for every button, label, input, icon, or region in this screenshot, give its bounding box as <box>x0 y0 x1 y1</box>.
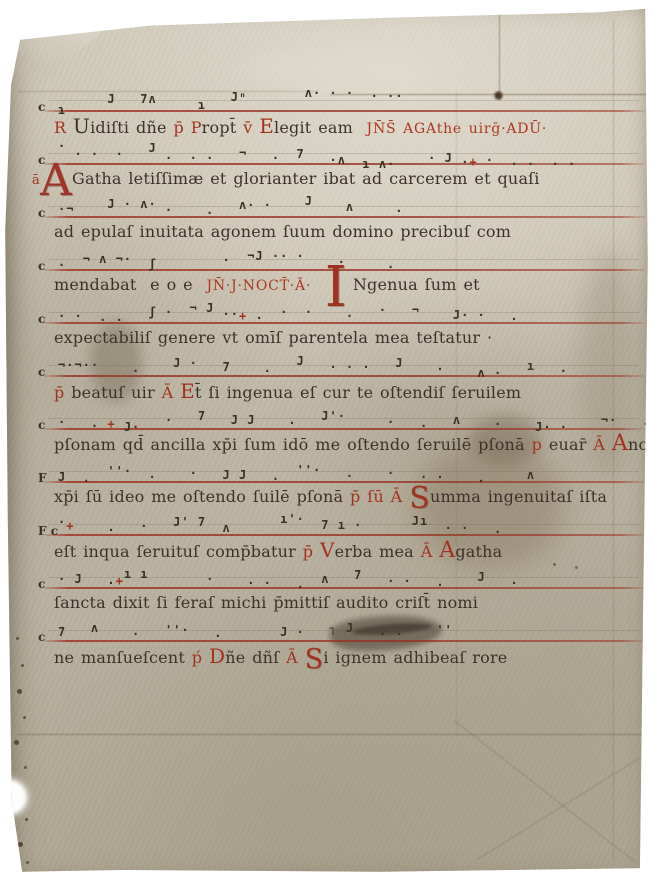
chant-text-segment: p̄ <box>173 118 190 137</box>
neume-group: ¬·¬·· <box>58 358 99 372</box>
system-row: c· · · · J · · · ¬ · 7 ·ʌ ɿ ʌ· · J ·+ · … <box>54 139 629 192</box>
neume-group: ʌ <box>486 468 535 482</box>
neume-group: · <box>346 415 395 429</box>
chant-text-segment: p̄ <box>303 542 320 561</box>
neume-group: 7 <box>280 147 305 161</box>
chant-text-segment: ncilla <box>628 435 651 454</box>
neume-group: · <box>346 260 395 274</box>
staff: c· · + J· · 7 J J · J'· · · ʌ · J· · ¬· … <box>54 404 629 433</box>
neume-group: · <box>99 364 140 378</box>
neume-row: · · · · ʃ · ¬ J ··+ · · · · · ¬ J· · · <box>58 311 629 325</box>
neume-group: · <box>66 419 99 433</box>
chant-text-segment: ropt̄ <box>202 118 244 137</box>
neume-group: · <box>157 466 198 480</box>
neume-group: J <box>124 141 157 155</box>
manuscript-page: cɿ J 7ʌ ɿ Jⁿ ʌ· · · · ··R Uidiſti dñe p̄… <box>0 0 651 885</box>
staff: c·¬ J · ʌ· · · ʌ· · J ʌ · <box>54 192 629 221</box>
neume-group: · <box>173 206 214 220</box>
chant-text-line: ad epulaſ inuitata agonem ſuum domino pr… <box>54 221 629 245</box>
neume-group: · <box>453 155 469 169</box>
staff: c· · · · J · · · ¬ · 7 ·ʌ ɿ ʌ· · J ·+ · … <box>54 139 629 168</box>
neume-row: · · · · J · · · ¬ · 7 ·ʌ ɿ ʌ· · J ·+ · ·… <box>58 152 629 166</box>
neume-group: ʌ· · <box>214 198 272 212</box>
chant-text-segment: ñe dñſ <box>225 648 286 667</box>
neume-group: ɿ <box>157 98 206 112</box>
rubric-text: JN̄S̄ AGAthe uirḡ·ADŪ· <box>360 121 547 137</box>
neume-group: · <box>157 253 231 267</box>
system-row: cɿ J 7ʌ ɿ Jⁿ ʌ· · · · ··R Uidiſti dñe p̄… <box>54 86 629 139</box>
rubric-text: JN̄·J·NOCT̄·Ā· <box>206 278 324 294</box>
red-cross-mark: + <box>66 519 74 533</box>
chant-text-segment: ne manſueſcent <box>54 648 192 667</box>
system-row: c7 ʌ · ''· · J · ┐ J · · ''ne manſueſcen… <box>54 616 629 669</box>
chant-text-segment: gatha <box>455 542 502 561</box>
chant-text-segment: ad epulaſ inuitata agonem ſuum domino pr… <box>54 222 511 241</box>
wormholes <box>0 0 3 3</box>
chant-text-segment: Ā <box>593 435 612 454</box>
neume-group: · <box>535 364 568 378</box>
neume-group: 7 <box>198 360 231 374</box>
red-cross-mark: + <box>116 574 124 588</box>
neume-group: 7 <box>58 625 66 639</box>
staff: c7 ʌ · ''· · J · ┐ J · · '' <box>54 616 629 645</box>
staff: c· · · · ʃ · ¬ J ··+ · · · · · ¬ J· · · <box>54 298 629 327</box>
neume-group: ʌ · <box>445 366 503 380</box>
neume-group: ʌ <box>428 413 461 427</box>
neume-group: · <box>486 312 519 326</box>
neume-group: · <box>255 416 296 430</box>
neume-group: · <box>58 139 66 153</box>
system-row: F c·+ · · J' 7 ʌ ı'· 7 ı · Jı · · ·eſt i… <box>54 510 629 563</box>
clef-letter: c <box>38 365 45 379</box>
neume-group: J <box>371 356 404 370</box>
neume-group: · <box>617 417 650 431</box>
chant-text-segment: A <box>439 538 455 563</box>
chant-text-line: R Uidiſti dñe p̄ Propt̄ v̄ Elegit eam JN… <box>54 115 629 139</box>
neume-row: ·+ · · J' 7 ʌ ı'· 7 ı · Jı · · · <box>58 523 629 537</box>
neume-group: ¬ ʌ ¬· <box>66 252 132 266</box>
chant-text-segment: ſancta dixit ſi feraſ michi p̄mittiſ aud… <box>54 593 478 612</box>
neume-row: · J ·+ı ı · · · · ʌ 7 · · · J · <box>58 576 629 590</box>
neume-row: ¬·¬·· · J · 7 · J · · · J · ʌ · ı · <box>58 364 629 378</box>
red-cross-mark: + <box>469 155 477 169</box>
neume-group: 7 <box>173 409 206 423</box>
neume-group: · <box>157 203 173 217</box>
chant-text-line: xp̄i ſū ideo me oſtendo ſuilē pſonā p̄ ſ… <box>54 486 629 510</box>
neume-group: · · <box>58 309 83 323</box>
neume-row: J · ''· · · J J · ''· · · · · · ʌ <box>58 470 629 484</box>
chant-text-segment: t̄ ſi ingenua eſ cur te oſtendiſ ſeruile… <box>195 383 521 402</box>
neume-group: · <box>140 413 173 427</box>
chant-text-segment: expectabiliſ genere vt omīſ parentela me… <box>54 328 492 347</box>
neume-group: ¬ <box>214 146 247 160</box>
neume-row: ·¬ J · ʌ· · · ʌ· · J ʌ · <box>58 205 629 219</box>
chant-text-segment: umma ingenuitaſ iſta <box>430 487 607 506</box>
chant-text-line: mendabat e o e JN̄·J·NOCT̄·Ā· INgenua ſu… <box>54 274 629 298</box>
neume-group: · J <box>395 151 453 165</box>
chant-text-line: p̄ beatuſ uir Ā Et̄ ſi ingenua eſ cur te… <box>54 380 629 404</box>
clef-letter: F <box>38 471 47 485</box>
neume-group: · <box>74 523 115 537</box>
neume-group: ı <box>502 359 535 373</box>
chant-text-segment: xp̄i ſū ideo me oſtendo ſuilē pſonā <box>54 487 350 506</box>
neume-group: · <box>395 419 428 433</box>
chant-text-segment: Ngenua ſum et <box>353 275 480 294</box>
neume-group: J · ʌ· <box>74 197 156 211</box>
chant-text-segment: D <box>209 644 225 668</box>
neume-group: · <box>149 572 215 586</box>
system-row: c·¬ J · ʌ· · · ʌ· · J ʌ ·ad epulaſ inuit… <box>54 192 629 245</box>
neume-group: · <box>132 470 157 484</box>
neume-group: ¬ J <box>173 301 214 315</box>
neume-group: · <box>461 417 502 431</box>
chant-text-segment: i ignem adhibeaſ rore <box>323 648 507 667</box>
neume-group: · · <box>354 627 403 641</box>
neume-group: · J <box>58 572 83 586</box>
neume-group: · <box>231 364 272 378</box>
neume-group: · <box>354 204 403 218</box>
neume-group: J· <box>116 420 141 434</box>
neume-row: ɿ J 7ʌ ɿ Jⁿ ʌ· · · · ·· <box>58 99 629 113</box>
neume-group: 7 <box>329 568 362 582</box>
staff: cɿ J 7ʌ ɿ Jⁿ ʌ· · · · ·· <box>54 86 629 115</box>
staff: F c·+ · · J' 7 ʌ ı'· 7 ı · Jı · · · <box>54 510 629 539</box>
neume-group: ¬· <box>568 413 617 427</box>
neume-group: ʌ <box>66 621 99 635</box>
neume-group: ı'· <box>231 512 305 526</box>
neume-group: J <box>58 470 66 484</box>
neume-group: J' 7 <box>149 515 207 529</box>
system-row: c¬·¬·· · J · 7 · J · · · J · ʌ · ı ·p̄ b… <box>54 351 629 404</box>
neume-group: · · · <box>305 360 371 374</box>
red-cross-mark: + <box>239 309 247 323</box>
system-row: FJ · ''· · · J J · ''· · · · · · ʌxp̄i ſ… <box>54 457 629 510</box>
chant-text-line: pſonam qd̄ ancilla xp̄i ſum idō me oſten… <box>54 433 629 457</box>
crease-bottom-horizontal <box>18 733 645 736</box>
neume-group: · <box>313 309 354 323</box>
neume-group: ¬J ·· · <box>231 249 305 263</box>
chant-text-segment: v̄ <box>243 118 259 137</box>
chant-text-segment: Gatha letiſſimæ et glorianter ibat ad ca… <box>72 169 540 188</box>
neume-group: ''· <box>140 623 189 637</box>
neume-group: ʃ · <box>124 305 173 319</box>
neume-group: J J <box>206 413 255 427</box>
neume-group: · · <box>83 313 124 327</box>
text-block: cɿ J 7ʌ ɿ Jⁿ ʌ· · · · ··R Uidiſti dñe p̄… <box>54 86 629 669</box>
neume-group: · ¬ <box>354 303 420 317</box>
neume-group: · · <box>264 305 313 319</box>
neume-group: J J <box>198 468 247 482</box>
chant-text-segment: R <box>54 118 73 137</box>
neume-group: Jı <box>362 514 428 528</box>
neume-group: J· · <box>420 308 486 322</box>
neume-group: · <box>58 258 66 272</box>
white-tab <box>0 776 30 819</box>
chant-text-segment: E <box>259 114 274 138</box>
chant-text-segment: beatuſ uir <box>71 383 161 402</box>
neume-group: · · · <box>157 151 215 165</box>
chant-text-segment: p̄ ſū <box>350 487 391 506</box>
neume-group: · · <box>428 521 469 535</box>
chant-text-segment: idiſti dñe <box>90 118 173 137</box>
neume-group: ·ʌ <box>305 153 346 167</box>
neume-group: ''· <box>280 463 321 477</box>
neume-group: J <box>272 194 313 208</box>
neume-group: · · <box>214 576 272 590</box>
chant-text-segment: euar̄ <box>549 435 594 454</box>
neume-group: ʌ <box>206 521 231 535</box>
neume-group: ı ı <box>124 567 149 581</box>
chant-text-segment: p <box>532 435 549 454</box>
chant-text-segment: erba mea <box>335 542 421 561</box>
neume-group: J <box>272 354 305 368</box>
neume-group: · <box>247 472 280 486</box>
red-cross-mark: + <box>99 417 115 431</box>
chant-text-segment: Ā <box>421 542 440 561</box>
neume-group: ''· <box>91 464 132 478</box>
neume-group: · ·· <box>354 89 403 103</box>
system-row: c· J ·+ı ı · · · · ʌ 7 · · · J ·ſancta d… <box>54 563 629 616</box>
neume-group: · <box>83 576 116 590</box>
chant-text-line: eſt inqua ſeruituſ comp̄batur p̄ Verba m… <box>54 539 629 563</box>
clef-letter: c <box>38 206 45 220</box>
chant-text-segment: pſonam qd̄ ancilla xp̄i ſum idō me oſten… <box>54 435 532 454</box>
system-row: c· · + J· · 7 J J · J'· · · ʌ · J· · ¬· … <box>54 404 629 457</box>
neume-group: · <box>354 466 395 480</box>
chant-text-segment: A <box>612 431 628 456</box>
system-row: c· · · · ʃ · ¬ J ··+ · · · · · ¬ J· · ·e… <box>54 298 629 351</box>
clef-letter: c <box>38 577 45 591</box>
chant-text-segment: P <box>191 118 202 137</box>
neume-group: · <box>403 362 444 376</box>
clef-letter: c <box>38 630 45 644</box>
staff: FJ · ''· · · J J · ''· · · · · · ʌ <box>54 457 629 486</box>
chant-text-line: expectabiliſ genere vt omīſ parentela me… <box>54 327 629 351</box>
neume-group: · <box>412 578 445 592</box>
chant-text-segment: U <box>73 114 90 138</box>
neume-group: 7 ı · <box>305 518 363 532</box>
chant-text-segment: legit eam <box>274 118 360 137</box>
neume-group: · · <box>362 574 411 588</box>
neume-group: · <box>116 519 149 533</box>
chant-text-segment: p̄ <box>54 383 71 402</box>
margin-mark: ā <box>32 170 40 192</box>
neume-group: J'· <box>297 409 346 423</box>
neume-group: · <box>190 629 223 643</box>
neume-group: ·¬ <box>58 202 74 216</box>
chant-text-line: ne manſueſcent ṕ Dñe dñſ Ā Si ignem adhi… <box>54 645 629 669</box>
chant-text-segment: ṕ <box>192 648 209 667</box>
neume-group: J <box>445 570 486 584</box>
neume-group: · <box>58 515 66 529</box>
neume-group: ┐ J <box>305 621 354 635</box>
neume-group: · <box>247 151 280 165</box>
neume-group: ʌ <box>313 200 354 214</box>
chant-text-segment: Ā <box>391 487 410 506</box>
clef-letter: c <box>38 418 45 432</box>
chant-text-segment: E <box>180 379 195 403</box>
neume-group: · <box>469 525 502 539</box>
clef-letter: c <box>38 100 45 114</box>
chant-text-line: āAGatha letiſſimæ et glorianter ibat ad … <box>54 168 629 192</box>
neume-group: J· · <box>502 420 568 434</box>
clef-letter: c <box>38 312 45 326</box>
neume-group: · <box>99 627 140 641</box>
clef-letter: F c <box>38 524 58 538</box>
chant-text-segment: V <box>320 538 335 562</box>
neume-group: · <box>58 415 66 429</box>
neume-group: ʃ <box>132 257 157 271</box>
neume-group: J 7ʌ <box>66 92 156 106</box>
neume-group: J · <box>223 625 305 639</box>
chant-text-line: ſancta dixit ſi feraſ michi p̄mittiſ aud… <box>54 592 629 616</box>
chant-text-segment: Ā <box>286 648 305 667</box>
staff: c· J ·+ı ı · · · · ʌ 7 · · · J · <box>54 563 629 592</box>
neume-group: · · · <box>66 147 124 161</box>
crease-diagonal-1 <box>453 720 636 864</box>
neume-group: · <box>478 153 494 167</box>
illuminated-initial: S <box>305 644 324 675</box>
system-row: c· ¬ ʌ ¬· ʃ · ¬J ·· · · ·mendabat e o e … <box>54 245 629 298</box>
crease-top-vertical <box>498 0 501 100</box>
neume-group: · <box>486 576 519 590</box>
staff: c¬·¬·· · J · 7 · J · · · J · ʌ · ı · <box>54 351 629 380</box>
neume-group: '' <box>404 623 453 637</box>
photo-backdrop: cɿ J 7ʌ ɿ Jⁿ ʌ· · · · ··R Uidiſti dñe p̄… <box>0 0 651 885</box>
neume-group: ʌ <box>305 572 330 586</box>
neume-row: · · + J· · 7 J J · J'· · · ʌ · J· · ¬· ·… <box>58 417 629 431</box>
chant-text-segment: mendabat e o e <box>54 275 206 294</box>
crease-diagonal-2 <box>476 742 651 861</box>
neume-group: ʌ· · · <box>247 86 354 100</box>
neume-group: J · <box>140 356 198 370</box>
neume-group: Jⁿ <box>206 90 247 104</box>
neume-row: 7 ʌ · ''· · J · ┐ J · · '' <box>58 629 629 643</box>
chant-text-segment: Ā <box>162 383 181 402</box>
clef-letter: c <box>38 259 45 273</box>
neume-group: ·· <box>214 307 239 321</box>
chant-text-segment: eſt inqua ſeruituſ comp̄batur <box>54 542 303 561</box>
neume-group: · <box>321 469 354 483</box>
neume-group: · <box>247 311 263 325</box>
